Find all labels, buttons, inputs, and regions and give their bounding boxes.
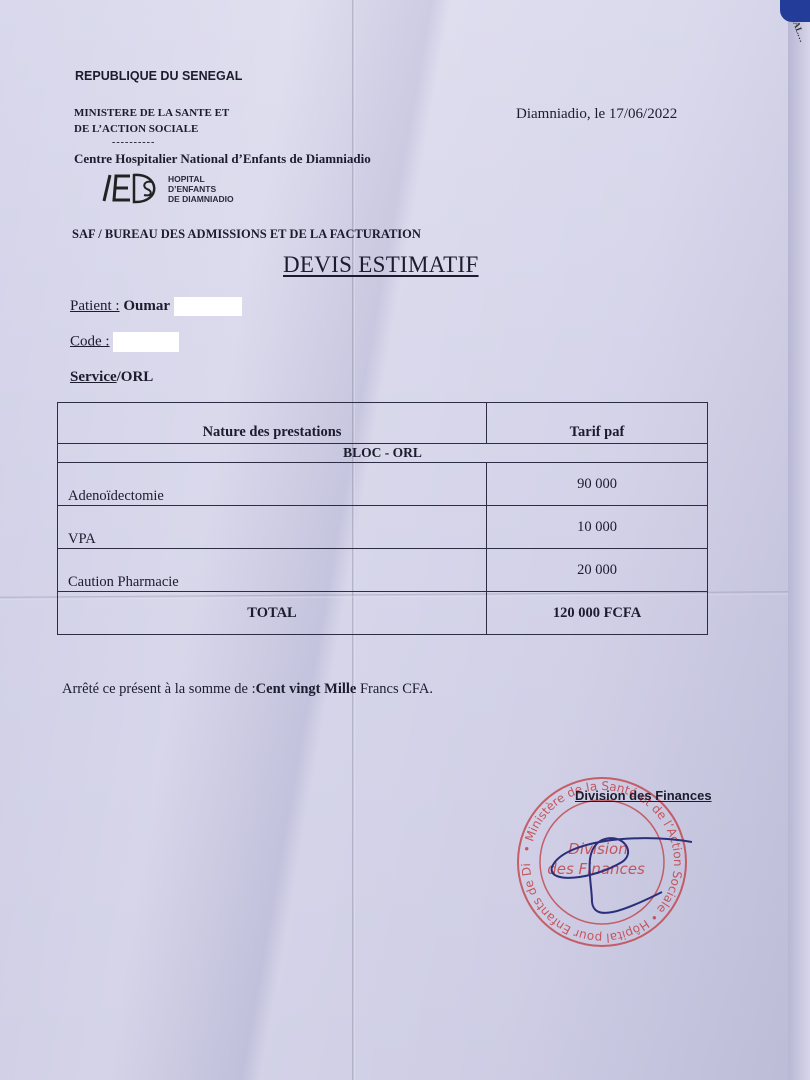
hospital-name: Centre Hospitalier National d’Enfants de… [74,151,371,167]
amount-in-words: Arrêté ce présent à la somme de :Cent vi… [62,681,433,698]
redacted-code [113,332,179,352]
section-label: BLOC - ORL [58,444,708,463]
code-field: Code : [70,332,179,352]
redacted-surname [174,297,242,316]
hospital-logo: HOPITAL D’ENFANTS DE DIAMNIADIO [100,170,260,206]
table-header-row: Nature des prestations Tarif paf [58,403,708,444]
column-header-nature: Nature des prestations [58,403,487,444]
column-header-tarif: Tarif paf [487,403,708,444]
document-date: Diamniadio, le 17/06/2022 [516,106,677,123]
amount-prefix: Arrêté ce présent à la somme de : [62,681,256,697]
estimate-table: Nature des prestations Tarif paf BLOC - … [57,402,708,635]
ministry-header: MINISTERE DE LA SANTE ET DE L’ACTION SOC… [74,105,229,137]
department-name: SAF / BUREAU DES ADMISSIONS ET DE LA FAC… [72,227,421,242]
table-total-row: TOTAL 120 000 FCFA [58,592,708,635]
row-nature: Caution Pharmacie [58,549,487,592]
row-tarif: 20 000 [487,549,708,592]
ministry-line-1: MINISTERE DE LA SANTE ET [74,105,229,121]
ministry-line-2: DE L’ACTION SOCIALE [74,121,229,137]
patient-label: Patient : [70,298,120,314]
row-nature: Adenoïdectomie [58,463,487,506]
service-label: Service [70,369,117,385]
service-field: Service/ORL [70,369,153,386]
total-label: TOTAL [58,592,487,635]
document-title: DEVIS ESTIMATIF [283,252,479,278]
division-signature-title: Division des Finances [575,788,712,803]
code-label: Code : [70,333,110,349]
country-header: REPUBLIQUE DU SENEGAL [75,69,242,83]
header-separator: ---------- [112,137,155,148]
row-tarif: 10 000 [487,506,708,549]
total-value: 120 000 FCFA [487,592,708,635]
amount-words: Cent vingt Mille [256,681,357,697]
background-object [780,0,810,22]
row-tarif: 90 000 [487,463,708,506]
table-row: VPA 10 000 [58,506,708,549]
row-nature: VPA [58,506,487,549]
hospital-logo-text: HOPITAL D’ENFANTS DE DIAMNIADIO [168,174,234,204]
service-value: /ORL [117,369,154,385]
stamp-inner-line-2: des Finances [547,860,645,878]
patient-field: Patient : Oumar [70,297,242,316]
underlying-paper-edge: …IER MA… …CIAL… [788,0,810,1080]
table-row: Adenoïdectomie 90 000 [58,463,708,506]
patient-name: Oumar [123,298,170,314]
hospital-logo-icon [100,170,166,206]
amount-suffix: Francs CFA. [356,681,433,697]
table-row: Caution Pharmacie 20 000 [58,549,708,592]
table-section-row: BLOC - ORL [58,444,708,463]
